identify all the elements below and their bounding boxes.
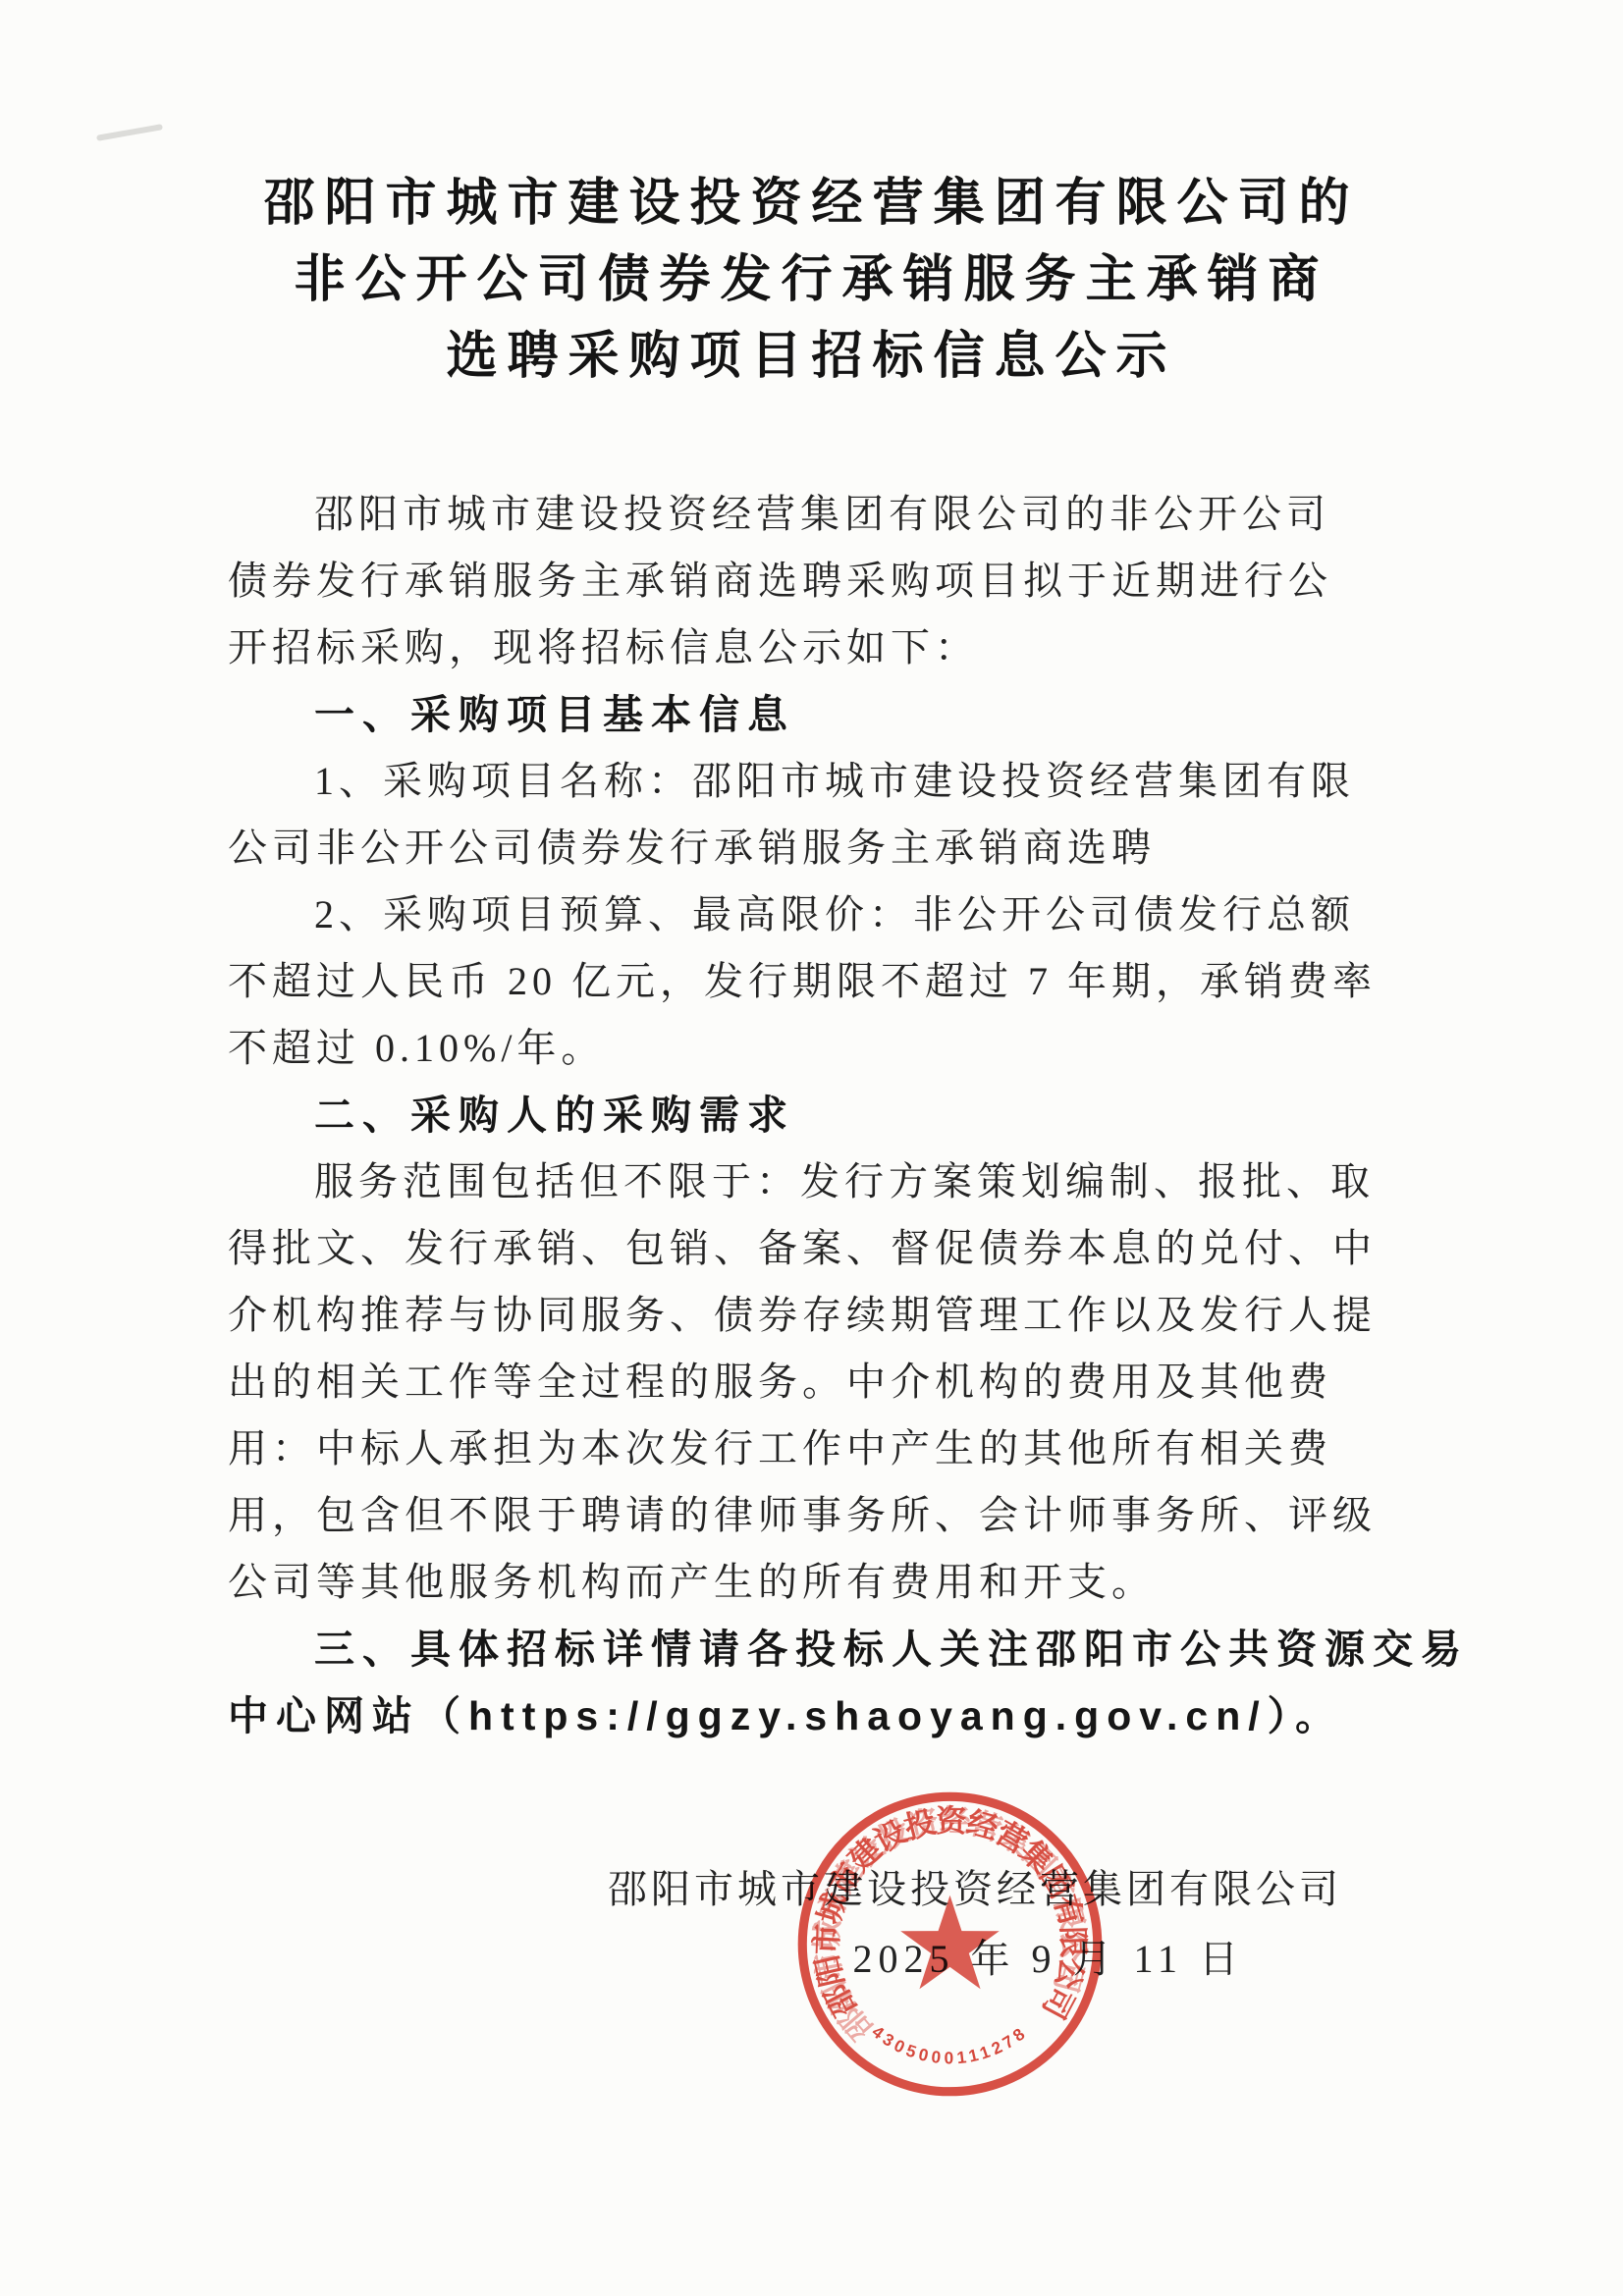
title-line-2: 非公开公司债券发行承销服务主承销商	[0, 241, 1623, 318]
website-line: 中心网站（https://ggzy.shaoyang.gov.cn/）。	[228, 1682, 1396, 1749]
document-title: 邵阳市城市建设投资经营集团有限公司的 非公开公司债券发行承销服务主承销商 选聘采…	[0, 165, 1623, 395]
body-line: 债券发行承销服务主承销商选聘采购项目拟于近期进行公	[228, 548, 1396, 614]
body-line: 公司非公开公司债券发行承销服务主承销商选聘	[228, 815, 1396, 881]
body-line: 出的相关工作等全过程的服务。中介机构的费用及其他费	[228, 1349, 1396, 1415]
body-line: 公司等其他服务机构而产生的所有费用和开支。	[228, 1549, 1396, 1616]
body-line: 1、采购项目名称：邵阳市城市建设投资经营集团有限	[228, 748, 1396, 815]
body-line: 邵阳市城市建设投资经营集团有限公司的非公开公司	[228, 481, 1396, 548]
official-seal: 邵阳市城市建设投资经营集团有限公司 邵阳市城市建设投资经营集团有限公司 4305…	[785, 1780, 1114, 2109]
body-line: 开招标采购，现将招标信息公示如下：	[228, 614, 1396, 681]
body-line: 不超过人民币 20 亿元，发行期限不超过 7 年期，承销费率	[228, 948, 1396, 1015]
section-heading-2: 二、采购人的采购需求	[228, 1082, 1396, 1148]
seal-serial-number: 4305000111278	[868, 2021, 1031, 2067]
scan-artifact	[96, 124, 163, 141]
body-line: 用：中标人承担为本次发行工作中产生的其他所有相关费	[228, 1415, 1396, 1482]
section-heading-3: 三、具体招标详情请各投标人关注邵阳市公共资源交易	[228, 1616, 1396, 1682]
title-line-1: 邵阳市城市建设投资经营集团有限公司的	[0, 165, 1623, 241]
body-line: 得批文、发行承销、包销、备案、督促债券本息的兑付、中	[228, 1215, 1396, 1282]
title-line-3: 选聘采购项目招标信息公示	[0, 318, 1623, 395]
body-line: 介机构推荐与协同服务、债券存续期管理工作以及发行人提	[228, 1282, 1396, 1349]
star-icon	[900, 1896, 1000, 1990]
section-heading-1: 一、采购项目基本信息	[228, 681, 1396, 748]
document-page: 邵阳市城市建设投资经营集团有限公司的 非公开公司债券发行承销服务主承销商 选聘采…	[0, 0, 1623, 2296]
body-line: 服务范围包括但不限于：发行方案策划编制、报批、取	[228, 1148, 1396, 1215]
body-line: 用，包含但不限于聘请的律师事务所、会计师事务所、评级	[228, 1482, 1396, 1549]
document-body: 邵阳市城市建设投资经营集团有限公司的非公开公司 债券发行承销服务主承销商选聘采购…	[228, 481, 1396, 1749]
body-line: 2、采购项目预算、最高限价：非公开公司债发行总额	[228, 881, 1396, 948]
body-line: 不超过 0.10%/年。	[228, 1015, 1396, 1082]
